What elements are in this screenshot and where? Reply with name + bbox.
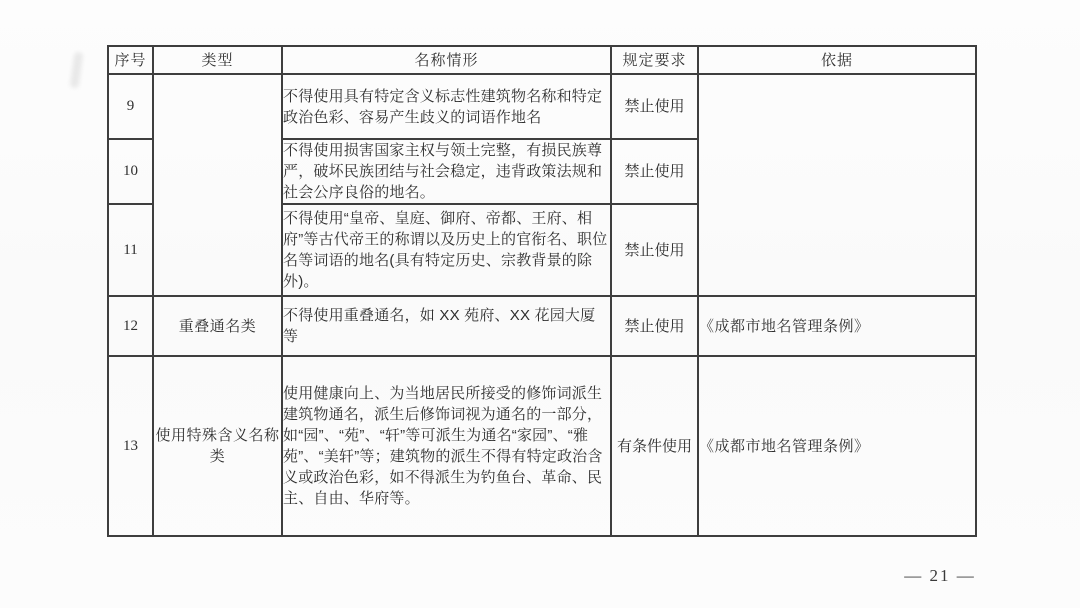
row-10-index: 10 bbox=[108, 139, 153, 204]
row-12-index: 12 bbox=[108, 296, 153, 356]
row-10-situation: 不得使用损害国家主权与领土完整，有损民族尊严，破坏民族团结与社会稳定，违背政策法… bbox=[282, 139, 611, 204]
table-row-9: 9 不得使用具有特定含义标志性建筑物名称和特定政治色彩、容易产生歧义的词语作地名… bbox=[108, 74, 976, 139]
header-requirement: 规定要求 bbox=[611, 46, 698, 74]
header-index: 序号 bbox=[108, 46, 153, 74]
row-11-situation: 不得使用“皇帝、皇庭、御府、帝都、王府、相府”等古代帝王的称谓以及历史上的官衔名… bbox=[282, 204, 611, 296]
row-9-situation: 不得使用具有特定含义标志性建筑物名称和特定政治色彩、容易产生歧义的词语作地名 bbox=[282, 74, 611, 139]
row-13-situation: 使用健康向上、为当地居民所接受的修饰词派生建筑物通名，派生后修饰词视为通名的一部… bbox=[282, 356, 611, 536]
document-page: 序号 类型 名称情形 规定要求 依据 9 不得使用具有特定含义标志性建筑物名称和… bbox=[0, 0, 1080, 608]
row-11-requirement: 禁止使用 bbox=[611, 204, 698, 296]
table-header-row: 序号 类型 名称情形 规定要求 依据 bbox=[108, 46, 976, 74]
row-10-requirement: 禁止使用 bbox=[611, 139, 698, 204]
row-12-type: 重叠通名类 bbox=[153, 296, 282, 356]
scan-artifact bbox=[70, 52, 84, 89]
header-type: 类型 bbox=[153, 46, 282, 74]
row-12-requirement: 禁止使用 bbox=[611, 296, 698, 356]
table-row-13: 13 使用特殊含义名称类 使用健康向上、为当地居民所接受的修饰词派生建筑物通名，… bbox=[108, 356, 976, 536]
row-9-index: 9 bbox=[108, 74, 153, 139]
row-12-situation: 不得使用重叠通名，如 XX 苑府、XX 花园大厦等 bbox=[282, 296, 611, 356]
row-9-requirement: 禁止使用 bbox=[611, 74, 698, 139]
rows-9-11-basis-merged bbox=[698, 74, 976, 296]
row-11-index: 11 bbox=[108, 204, 153, 296]
row-12-basis: 《成都市地名管理条例》 bbox=[698, 296, 976, 356]
table-row-12: 12 重叠通名类 不得使用重叠通名，如 XX 苑府、XX 花园大厦等 禁止使用 … bbox=[108, 296, 976, 356]
page-number: — 21 — bbox=[880, 566, 1000, 586]
row-13-basis: 《成都市地名管理条例》 bbox=[698, 356, 976, 536]
row-13-requirement: 有条件使用 bbox=[611, 356, 698, 536]
header-basis: 依据 bbox=[698, 46, 976, 74]
regulation-table: 序号 类型 名称情形 规定要求 依据 9 不得使用具有特定含义标志性建筑物名称和… bbox=[107, 45, 977, 537]
rows-9-11-type-merged bbox=[153, 74, 282, 296]
header-name-situation: 名称情形 bbox=[282, 46, 611, 74]
row-13-type: 使用特殊含义名称类 bbox=[153, 356, 282, 536]
row-13-index: 13 bbox=[108, 356, 153, 536]
